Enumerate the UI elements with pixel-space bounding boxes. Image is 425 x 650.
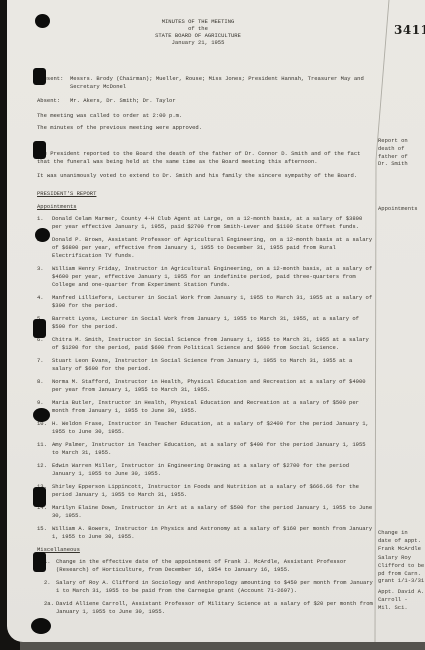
item-number: 11. (37, 441, 52, 457)
title-line-ofthe: of the (37, 25, 359, 32)
item-text: Salary of Roy A. Clifford in Sociology a… (56, 579, 373, 595)
binding-mark (33, 487, 46, 507)
death-report-paragraph: The President reported to the Board the … (37, 150, 373, 166)
miscellaneous-item: 2a.David Alliene Carroll, Assistant Prof… (37, 600, 373, 616)
item-text: Change in the effective date of the appo… (56, 558, 373, 574)
appointment-item: 8.Norma M. Stafford, Instructor in Healt… (37, 378, 373, 394)
appointment-item: 11.Amy Palmer, Instructor in Teacher Edu… (37, 441, 373, 457)
binding-mark (33, 68, 46, 85)
margin-note-death-report: Report on death of father of Dr. Smith (378, 137, 425, 168)
scan-bottom-band (20, 641, 425, 650)
item-number: 7. (37, 357, 52, 373)
presidents-report-heading: PRESIDENT'S REPORT (37, 190, 373, 198)
item-text: Manfred Lilliefors, Lecturer in Social W… (52, 294, 373, 310)
miscellaneous-heading: Miscellaneous (37, 546, 373, 554)
binding-mark (33, 141, 46, 159)
binding-mark (33, 319, 46, 338)
document-header: MINUTES OF THE MEETING of the STATE BOAR… (37, 18, 359, 46)
appointment-item: 14.Marilyn Elaine Down, Instructor in Ar… (37, 504, 373, 520)
item-text: Maria Butler, Instructor in Health, Phys… (52, 399, 373, 415)
present-names: Messrs. Brody (Chairman); Mueller, Rouse… (70, 75, 368, 91)
appointment-item: 5.Barrett Lyons, Lecturer in Social Work… (37, 315, 373, 331)
appointment-item: 7.Stuart Leon Evans, Instructor in Socia… (37, 357, 373, 373)
item-number: 2. (44, 579, 56, 595)
appointment-item: 4.Manfred Lilliefors, Lecturer in Social… (37, 294, 373, 310)
item-number: 2a. (44, 600, 56, 616)
item-text: William Henry Friday, Instructor in Agri… (52, 265, 373, 289)
appointments-list: 1.Donald Celam Marmer, County 4-H Club A… (37, 215, 373, 541)
minutes-body: MINUTES OF THE MEETING of the STATE BOAR… (37, 18, 373, 621)
binding-mark (33, 552, 46, 572)
binding-hole (35, 228, 50, 242)
absent-row: Absent: Mr. Akers, Dr. Smith; Dr. Taylor (37, 97, 373, 105)
title-line-date: January 21, 1955 (37, 39, 359, 46)
appointment-item: 9.Maria Butler, Instructor in Health, Ph… (37, 399, 373, 415)
item-text: Norma M. Stafford, Instructor in Health,… (52, 378, 373, 394)
item-number: 12. (37, 462, 52, 478)
appointment-item: 10.H. Weldon Frase, Instructor in Teache… (37, 420, 373, 436)
appointment-item: 6.Chitra M. Smith, Instructor in Social … (37, 336, 373, 352)
appointment-item: 13.Shirley Epperson Lippincott, Instruct… (37, 483, 373, 499)
item-number: 10. (37, 420, 52, 436)
appointment-item: 15.William A. Bowers, Instructor in Phys… (37, 525, 373, 541)
margin-note-change-of-date: Change in date of appt. Frank McArdle (378, 529, 425, 552)
item-text: Shirley Epperson Lippincott, Instructor … (52, 483, 373, 499)
item-number: 6. (37, 336, 52, 352)
present-row: Present: Messrs. Brody (Chairman); Muell… (37, 75, 373, 91)
page-number: 3411 (394, 23, 425, 37)
appointment-item: 3.William Henry Friday, Instructor in Ag… (37, 265, 373, 289)
minutes-approved-paragraph: The minutes of the previous meeting were… (37, 124, 373, 132)
item-text: Barrett Lyons, Lecturer in Social Work f… (52, 315, 373, 331)
item-text: Marilyn Elaine Down, Instructor in Art a… (52, 504, 373, 520)
margin-note-carroll-appt: Appt. David A. Carroll - Mil. Sci. (378, 588, 425, 611)
margin-note-appointments: Appointments (378, 205, 425, 213)
miscellaneous-item: 1.Change in the effective date of the ap… (37, 558, 373, 574)
binding-hole (35, 14, 50, 28)
absent-names: Mr. Akers, Dr. Smith; Dr. Taylor (70, 97, 368, 105)
item-text: Amy Palmer, Instructor in Teacher Educat… (52, 441, 373, 457)
item-number: 4. (37, 294, 52, 310)
item-text: Chitra M. Smith, Instructor in Social Sc… (52, 336, 373, 352)
item-text: William A. Bowers, Instructor in Physics… (52, 525, 373, 541)
item-number: 3. (37, 265, 52, 289)
appointment-item: 2.Donald P. Brown, Assistant Professor o… (37, 236, 373, 260)
miscellaneous-item: 2.Salary of Roy A. Clifford in Sociology… (37, 579, 373, 595)
item-text: Edwin Warren Miller, Instructor in Engin… (52, 462, 373, 478)
item-text: David Alliene Carroll, Assistant Profess… (56, 600, 373, 616)
item-number: 8. (37, 378, 52, 394)
binding-hole (31, 618, 51, 634)
title-line-meeting: MINUTES OF THE MEETING (37, 18, 359, 25)
title-line-board: STATE BOARD OF AGRICULTURE (37, 32, 359, 39)
appointment-item: 1.Donald Celam Marmer, County 4-H Club A… (37, 215, 373, 231)
binding-hole (33, 408, 50, 422)
item-text: Donald P. Brown, Assistant Professor of … (52, 236, 373, 260)
sympathy-paragraph: It was unanimously voted to extend to Dr… (37, 172, 373, 180)
item-text: H. Weldon Frase, Instructor in Teacher E… (52, 420, 373, 436)
called-to-order-paragraph: The meeting was called to order at 2:00 … (37, 112, 373, 120)
item-text: Stuart Leon Evans, Instructor in Social … (52, 357, 373, 373)
miscellaneous-list: 1.Change in the effective date of the ap… (37, 558, 373, 616)
margin-note-clifford-salary: Salary Roy Clifford to be pd from Carn. … (378, 554, 425, 585)
item-text: Donald Celam Marmer, County 4-H Club Age… (52, 215, 373, 231)
appointments-heading: Appointments (37, 203, 373, 211)
appointment-item: 12.Edwin Warren Miller, Instructor in En… (37, 462, 373, 478)
absent-label: Absent: (37, 97, 70, 105)
item-number: 15. (37, 525, 52, 541)
